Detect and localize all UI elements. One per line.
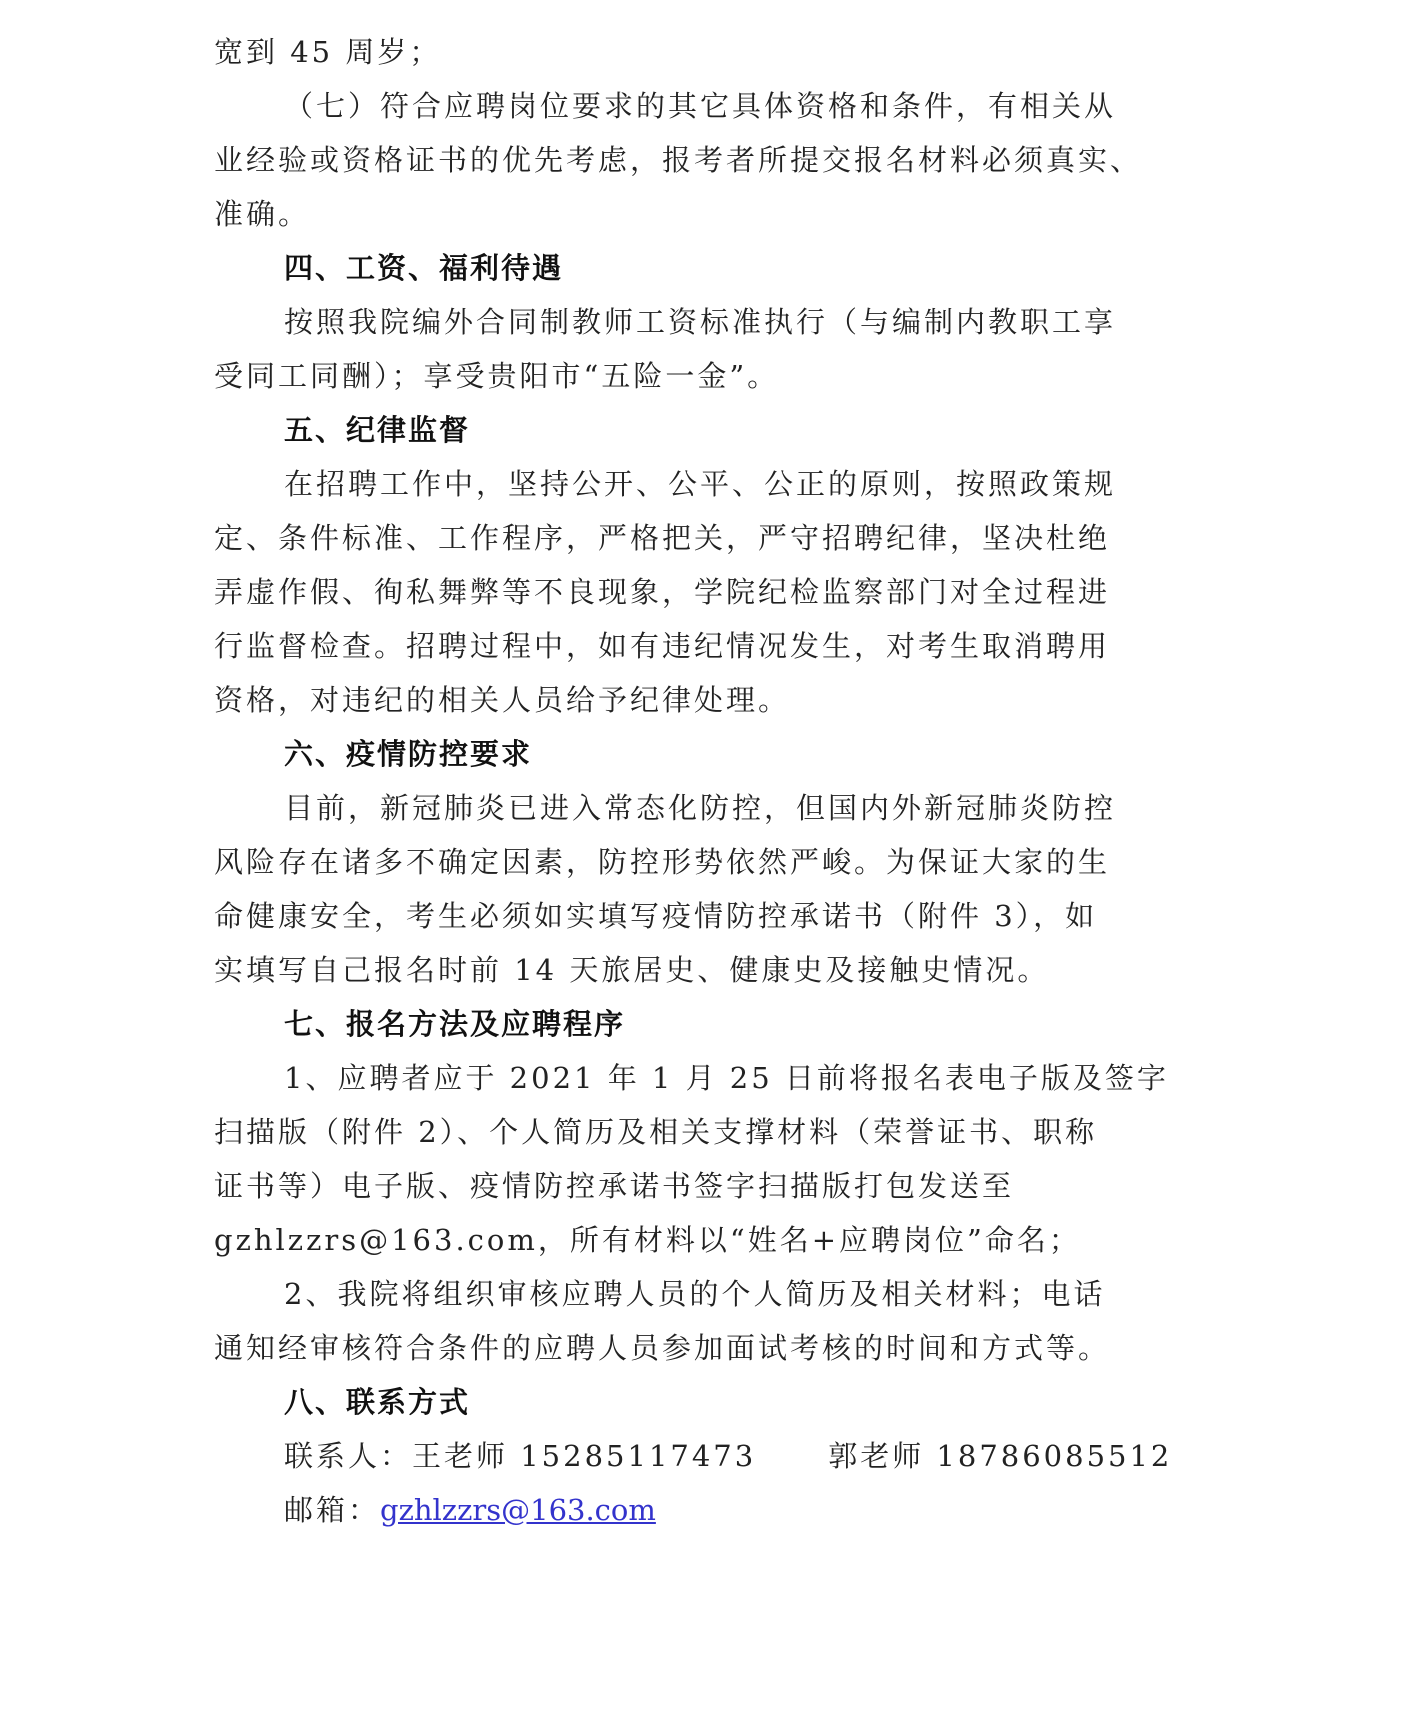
email-link[interactable]: gzhlzzrs@163.com [380,1493,656,1527]
email-line: 邮箱：gzhlzzrs@163.com [284,1490,656,1530]
paragraph-line: 在招聘工作中，坚持公开、公平、公正的原则，按照政策规 [284,464,1116,504]
paragraph-line: 受同工同酬）；享受贵阳市“五险一金”。 [214,356,779,396]
paragraph-line: 行监督检查。招聘过程中，如有违纪情况发生，对考生取消聘用 [214,626,1110,666]
paragraph-line: 证书等）电子版、疫情防控承诺书签字扫描版打包发送至 [214,1166,1014,1206]
email-label: 邮箱： [284,1493,380,1527]
paragraph-line: 通知经审核符合条件的应聘人员参加面试考核的时间和方式等。 [214,1328,1110,1368]
paragraph-line: 1、应聘者应于 2021 年 1 月 25 日前将报名表电子版及签字 [284,1058,1169,1098]
paragraph-line: 扫描版（附件 2）、个人简历及相关支撑材料（荣誉证书、职称 [214,1112,1097,1152]
paragraph-line: 实填写自己报名时前 14 天旅居史、健康史及接触史情况。 [214,950,1049,990]
paragraph-line: 目前，新冠肺炎已进入常态化防控，但国内外新冠肺炎防控 [284,788,1116,828]
contact-person-guo: 郭老师 18786085512 [828,1439,1172,1473]
contact-label: 联系人： [284,1439,412,1473]
section-heading-contact: 八、联系方式 [284,1382,470,1422]
contact-person-wang: 王老师 15285117473 [412,1439,756,1473]
section-heading-application: 七、报名方法及应聘程序 [284,1004,625,1044]
paragraph-line: 宽到 45 周岁； [214,32,441,72]
section-heading-epidemic: 六、疫情防控要求 [284,734,532,774]
paragraph-line: 准确。 [214,194,310,234]
section-heading-salary: 四、工资、福利待遇 [284,248,563,288]
section-heading-discipline: 五、纪律监督 [284,410,470,450]
paragraph-line: 2、我院将组织审核应聘人员的个人简历及相关材料；电话 [284,1274,1105,1314]
paragraph-line: 业经验或资格证书的优先考虑，报考者所提交报名材料必须真实、 [214,140,1142,180]
paragraph-line: 风险存在诸多不确定因素，防控形势依然严峻。为保证大家的生 [214,842,1110,882]
paragraph-line: 定、条件标准、工作程序，严格把关，严守招聘纪律，坚决杜绝 [214,518,1110,558]
contact-line: 联系人：王老师 15285117473郭老师 18786085512 [284,1436,1172,1476]
paragraph-line: （七）符合应聘岗位要求的其它具体资格和条件，有相关从 [284,86,1116,126]
paragraph-line: 按照我院编外合同制教师工资标准执行（与编制内教职工享 [284,302,1116,342]
paragraph-line: 资格，对违纪的相关人员给予纪律处理。 [214,680,790,720]
paragraph-line: gzhlzzrs@163.com，所有材料以“姓名+应聘岗位”命名； [214,1220,1081,1260]
paragraph-line: 弄虚作假、徇私舞弊等不良现象，学院纪检监察部门对全过程进 [214,572,1110,612]
paragraph-line: 命健康安全，考生必须如实填写疫情防控承诺书（附件 3），如 [214,896,1097,936]
